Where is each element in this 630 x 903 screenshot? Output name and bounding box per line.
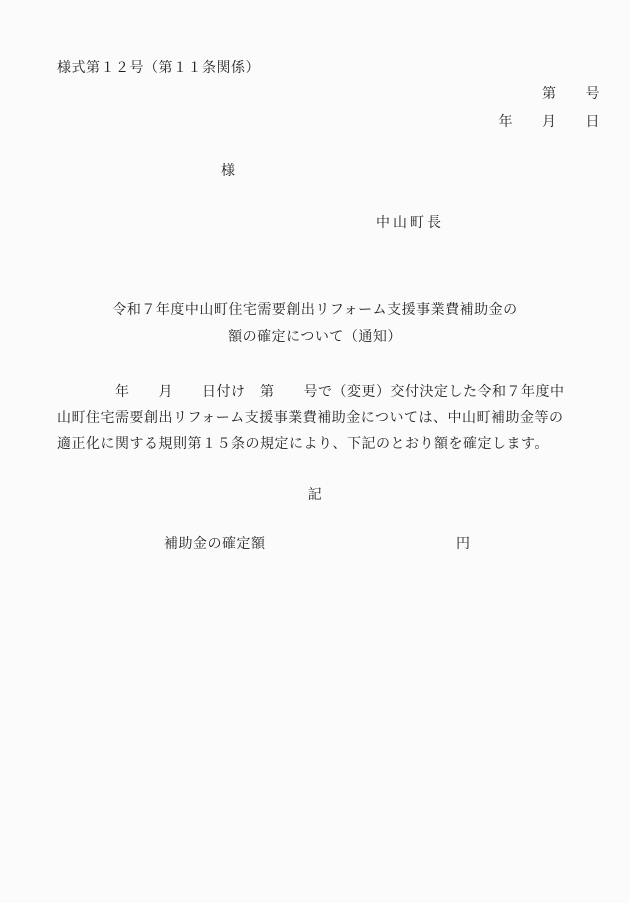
body-paragraph: 年 月 日付け 第 号で（変更）交付決定した令和７年度中 山町住宅需要創出リフォ… [57, 380, 602, 458]
date-line: 年 月 日 [499, 115, 601, 130]
document-page: 様式第１２号（第１１条関係） 第 号 年 月 日 様 中山町長 令和７年度中山町… [0, 0, 630, 903]
sender-title: 中山町長 [376, 216, 444, 231]
amount-label: 補助金の確定額 [164, 537, 266, 552]
body-line-2: 山町住宅需要創出リフォーム支援事業費補助金については、中山町補助金等の [57, 406, 602, 432]
body-line-1: 年 月 日付け 第 号で（変更）交付決定した令和７年度中 [57, 380, 602, 406]
subject-title-line-1: 令和７年度中山町住宅需要創出リフォーム支援事業費補助金の [30, 297, 600, 324]
document-number-line: 第 号 [542, 87, 600, 102]
subject-title: 令和７年度中山町住宅需要創出リフォーム支援事業費補助金の 額の確定について（通知… [30, 297, 600, 351]
body-line-3: 適正化に関する規則第１５条の規定により、下記のとおり額を確定します。 [57, 432, 602, 458]
subject-title-line-2: 額の確定について（通知） [30, 324, 600, 351]
form-number: 様式第１２号（第１１条関係） [57, 61, 260, 76]
amount-unit: 円 [456, 537, 471, 552]
addressee-honorific: 様 [221, 164, 236, 179]
record-marker: 記 [30, 484, 600, 504]
